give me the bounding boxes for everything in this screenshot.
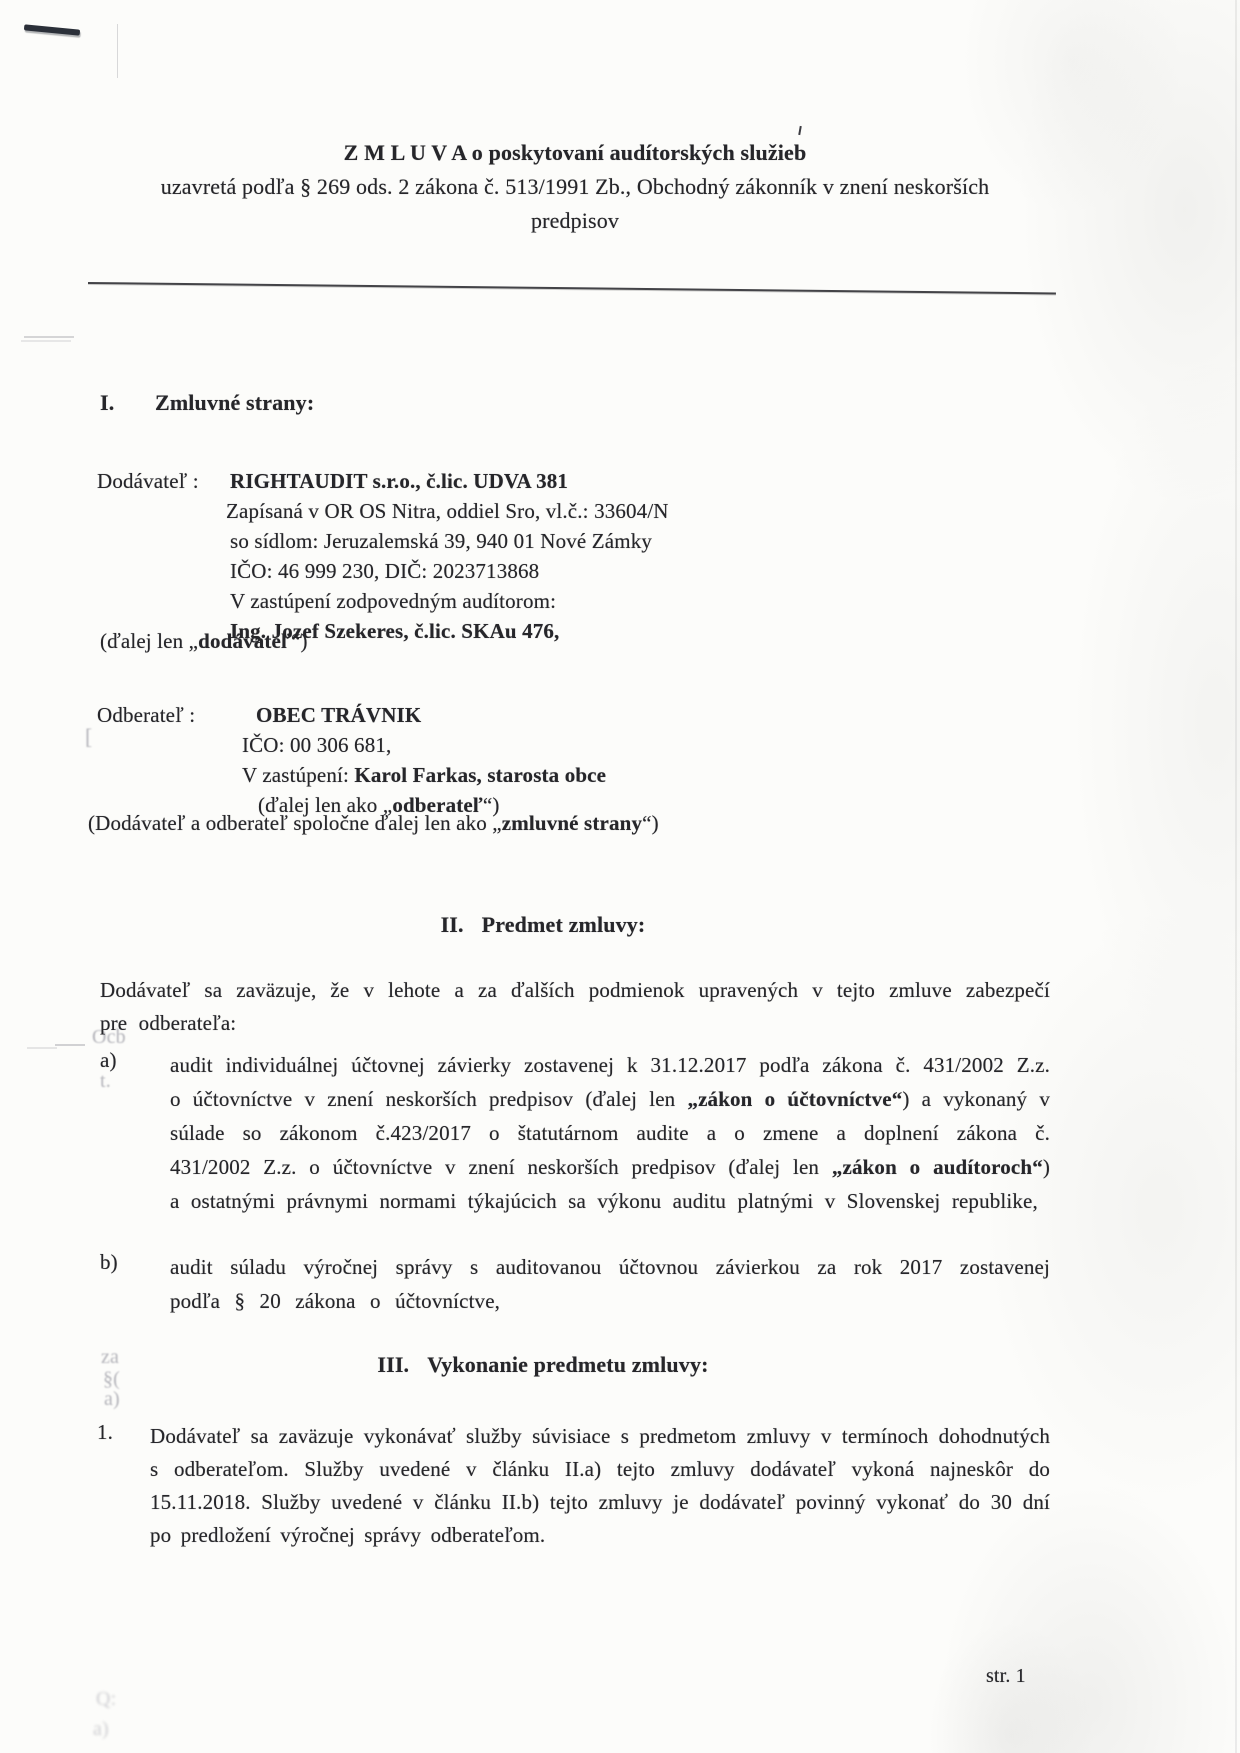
page-number: str. 1	[986, 1665, 1026, 1688]
supplier-representation: V zastúpení zodpovedným audítorom:	[230, 586, 669, 616]
document-title: Z M L U V A o poskytovaní audítorských s…	[100, 136, 1050, 170]
item-b-label: b)	[100, 1250, 118, 1275]
item-1-label: 1.	[97, 1420, 113, 1445]
customer-representative-name: Karol Farkas, starosta obce	[354, 763, 606, 787]
section-i-heading: I.Zmluvné strany:	[100, 390, 314, 416]
section-ii-title: Predmet zmluvy:	[482, 912, 646, 937]
customer-representation: V zastúpení: Karol Farkas, starosta obce	[242, 760, 606, 790]
supplier-label: Dodávateľ :	[97, 466, 199, 496]
supplier-alias-term: dodávateľ	[198, 629, 291, 653]
document-subtitle: uzavretá podľa § 269 ods. 2 zákona č. 51…	[100, 170, 1050, 204]
document-subtitle-2: predpisov	[100, 204, 1050, 238]
supplier-block: Dodávateľ : RIGHTAUDIT s.r.o., č.lic. UD…	[97, 466, 669, 646]
stray-tick-artifact	[798, 126, 802, 135]
bleedthrough-text: a)	[104, 1388, 120, 1410]
joint-prefix: (Dodávateľ a odberateľ spoločne ďalej le…	[88, 811, 502, 835]
document-header: Z M L U V A o poskytovaní audítorských s…	[100, 136, 1050, 238]
section-ii-heading: II.Predmet zmluvy:	[68, 912, 1018, 938]
section-iii-number: III.	[377, 1352, 409, 1377]
item-a-label: a)	[100, 1048, 117, 1073]
scan-line-artifact	[117, 24, 118, 78]
joint-parties-note: (Dodávateľ a odberateľ spoločne ďalej le…	[88, 811, 659, 836]
supplier-alias-prefix: (ďalej len „	[100, 629, 198, 653]
customer-name: OBEC TRÁVNIK	[256, 700, 606, 730]
ink-smudge-mark	[24, 24, 80, 35]
item-a-text: audit individuálnej účtovnej závierky zo…	[170, 1048, 1050, 1218]
section-i-title: Zmluvné strany:	[155, 390, 314, 415]
customer-ids: IČO: 00 306 681,	[242, 730, 606, 760]
joint-term: zmluvné strany	[502, 811, 642, 835]
margin-dash-artifact	[55, 1044, 85, 1046]
section-ii-number: II.	[441, 912, 464, 937]
supplier-ids: IČO: 46 999 230, DIČ: 2023713868	[230, 556, 669, 586]
margin-dash-artifact	[24, 336, 74, 338]
bleedthrough-mark: [	[85, 726, 92, 748]
scan-edge-streak	[1235, 0, 1237, 1753]
header-divider-line	[88, 282, 1056, 294]
supplier-alias-suffix: “)	[291, 629, 308, 653]
section-iii-title: Vykonanie predmetu zmluvy:	[427, 1352, 708, 1377]
section-iii-heading: III.Vykonanie predmetu zmluvy:	[68, 1352, 1018, 1378]
item-a: a) audit individuálnej účtovnej závierky…	[100, 1048, 1050, 1218]
section-ii-intro: Dodávateľ sa zaväzuje, že v lehote a za …	[100, 974, 1050, 1040]
customer-label: Odberateľ :	[97, 700, 195, 730]
supplier-registration: Zapísaná v OR OS Nitra, oddiel Sro, vl.č…	[226, 496, 669, 526]
bleedthrough-text: Q:	[96, 1688, 116, 1710]
supplier-address: so sídlom: Jeruzalemská 39, 940 01 Nové …	[230, 526, 669, 556]
item-a-bold-2: „zákon o audítoroch“	[832, 1155, 1043, 1179]
customer-block: Odberateľ : OBEC TRÁVNIK IČO: 00 306 681…	[97, 700, 606, 820]
bleedthrough-text: a)	[93, 1718, 109, 1740]
scanned-contract-page: [ Ocb t. za §( a) Q: a) Z M L U V A o po…	[0, 0, 1240, 1753]
item-1-text: Dodávateľ sa zaväzuje vykonávať služby s…	[150, 1420, 1050, 1552]
item-b: b) audit súladu výročnej správy s audito…	[100, 1250, 1050, 1318]
item-1: 1. Dodávateľ sa zaväzuje vykonávať služb…	[97, 1420, 1050, 1552]
supplier-alias-note: (ďalej len „dodávateľ“)	[100, 629, 308, 654]
supplier-name: RIGHTAUDIT s.r.o., č.lic. UDVA 381	[230, 466, 669, 496]
section-i-number: I.	[100, 390, 155, 416]
customer-representation-label: V zastúpení:	[242, 763, 354, 787]
item-a-bold-1: „zákon o účtovníctve“	[687, 1087, 902, 1111]
joint-suffix: “)	[642, 811, 659, 835]
item-b-text: audit súladu výročnej správy s auditovan…	[170, 1250, 1050, 1318]
